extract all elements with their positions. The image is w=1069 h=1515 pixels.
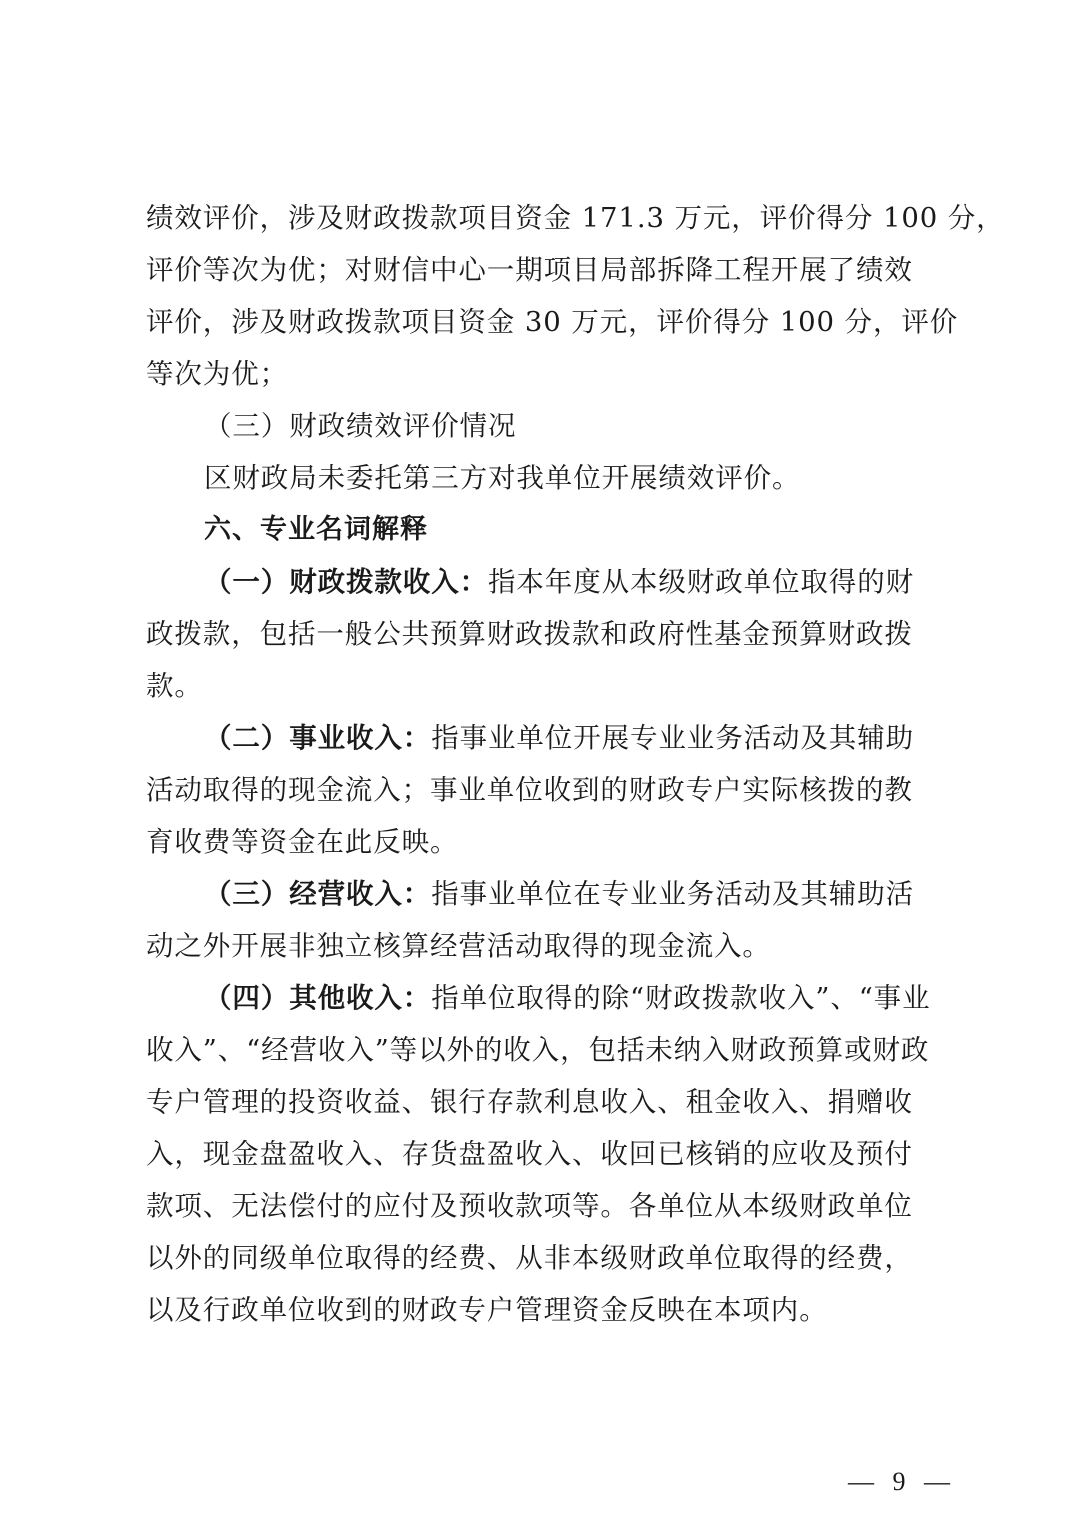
paragraph-line: 动之外开展非独立核算经营活动取得的现金流入。 (146, 926, 771, 966)
definition-text: 指事业单位在专业业务活动及其辅助活 (431, 878, 914, 910)
paragraph-line: 评价，涉及财政拨款项目资金 30 万元，评价得分 100 分，评价 (146, 302, 958, 342)
paragraph-line: 政拨款，包括一般公共预算财政拨款和政府性基金预算财政拨 (146, 614, 913, 654)
paragraph-line: 以外的同级单位取得的经费、从非本级财政单位取得的经费， (146, 1238, 913, 1278)
paragraph-line: 以及行政单位收到的财政专户管理资金反映在本项内。 (146, 1290, 828, 1330)
definition-term: （三）经营收入： (204, 878, 431, 910)
paragraph-line: 入，现金盘盈收入、存货盘盈收入、收回已核销的应收及预付 (146, 1134, 913, 1174)
section-heading: 六、专业名词解释 (204, 510, 428, 550)
subsection-title: （三）财政绩效评价情况 (204, 406, 516, 446)
definition-item: （二）事业收入：指事业单位开展专业业务活动及其辅助 (204, 718, 914, 758)
paragraph-line: 育收费等资金在此反映。 (146, 822, 458, 862)
paragraph-line: 专户管理的投资收益、银行存款利息收入、租金收入、捐赠收 (146, 1082, 913, 1122)
paragraph-line: 款。 (146, 666, 203, 706)
definition-term: （四）其他收入： (204, 982, 431, 1014)
definition-item: （一）财政拨款收入：指本年度从本级财政单位取得的财 (204, 562, 914, 602)
paragraph-line: 活动取得的现金流入；事业单位收到的财政专户实际核拨的教 (146, 770, 913, 810)
definition-text: 指单位取得的除“财政拨款收入”、“事业 (431, 982, 930, 1014)
paragraph-line: 区财政局未委托第三方对我单位开展绩效评价。 (204, 458, 800, 498)
paragraph-line: 绩效评价，涉及财政拨款项目资金 171.3 万元，评价得分 100 分， (146, 198, 1005, 238)
definition-term: （一）财政拨款收入： (204, 566, 488, 598)
definition-text: 指事业单位开展专业业务活动及其辅助 (431, 722, 914, 754)
page-number: — 9 — (848, 1467, 956, 1497)
paragraph-line: 款项、无法偿付的应付及预收款项等。各单位从本级财政单位 (146, 1186, 913, 1226)
definition-text: 指本年度从本级财政单位取得的财 (488, 566, 914, 598)
definition-item: （三）经营收入：指事业单位在专业业务活动及其辅助活 (204, 874, 914, 914)
paragraph-line: 等次为优； (146, 354, 288, 394)
paragraph-line: 评价等次为优；对财信中心一期项目局部拆降工程开展了绩效 (146, 250, 913, 290)
paragraph-line: 收入”、“经营收入”等以外的收入，包括未纳入财政预算或财政 (146, 1030, 929, 1070)
definition-item: （四）其他收入：指单位取得的除“财政拨款收入”、“事业 (204, 978, 930, 1018)
definition-term: （二）事业收入： (204, 722, 431, 754)
